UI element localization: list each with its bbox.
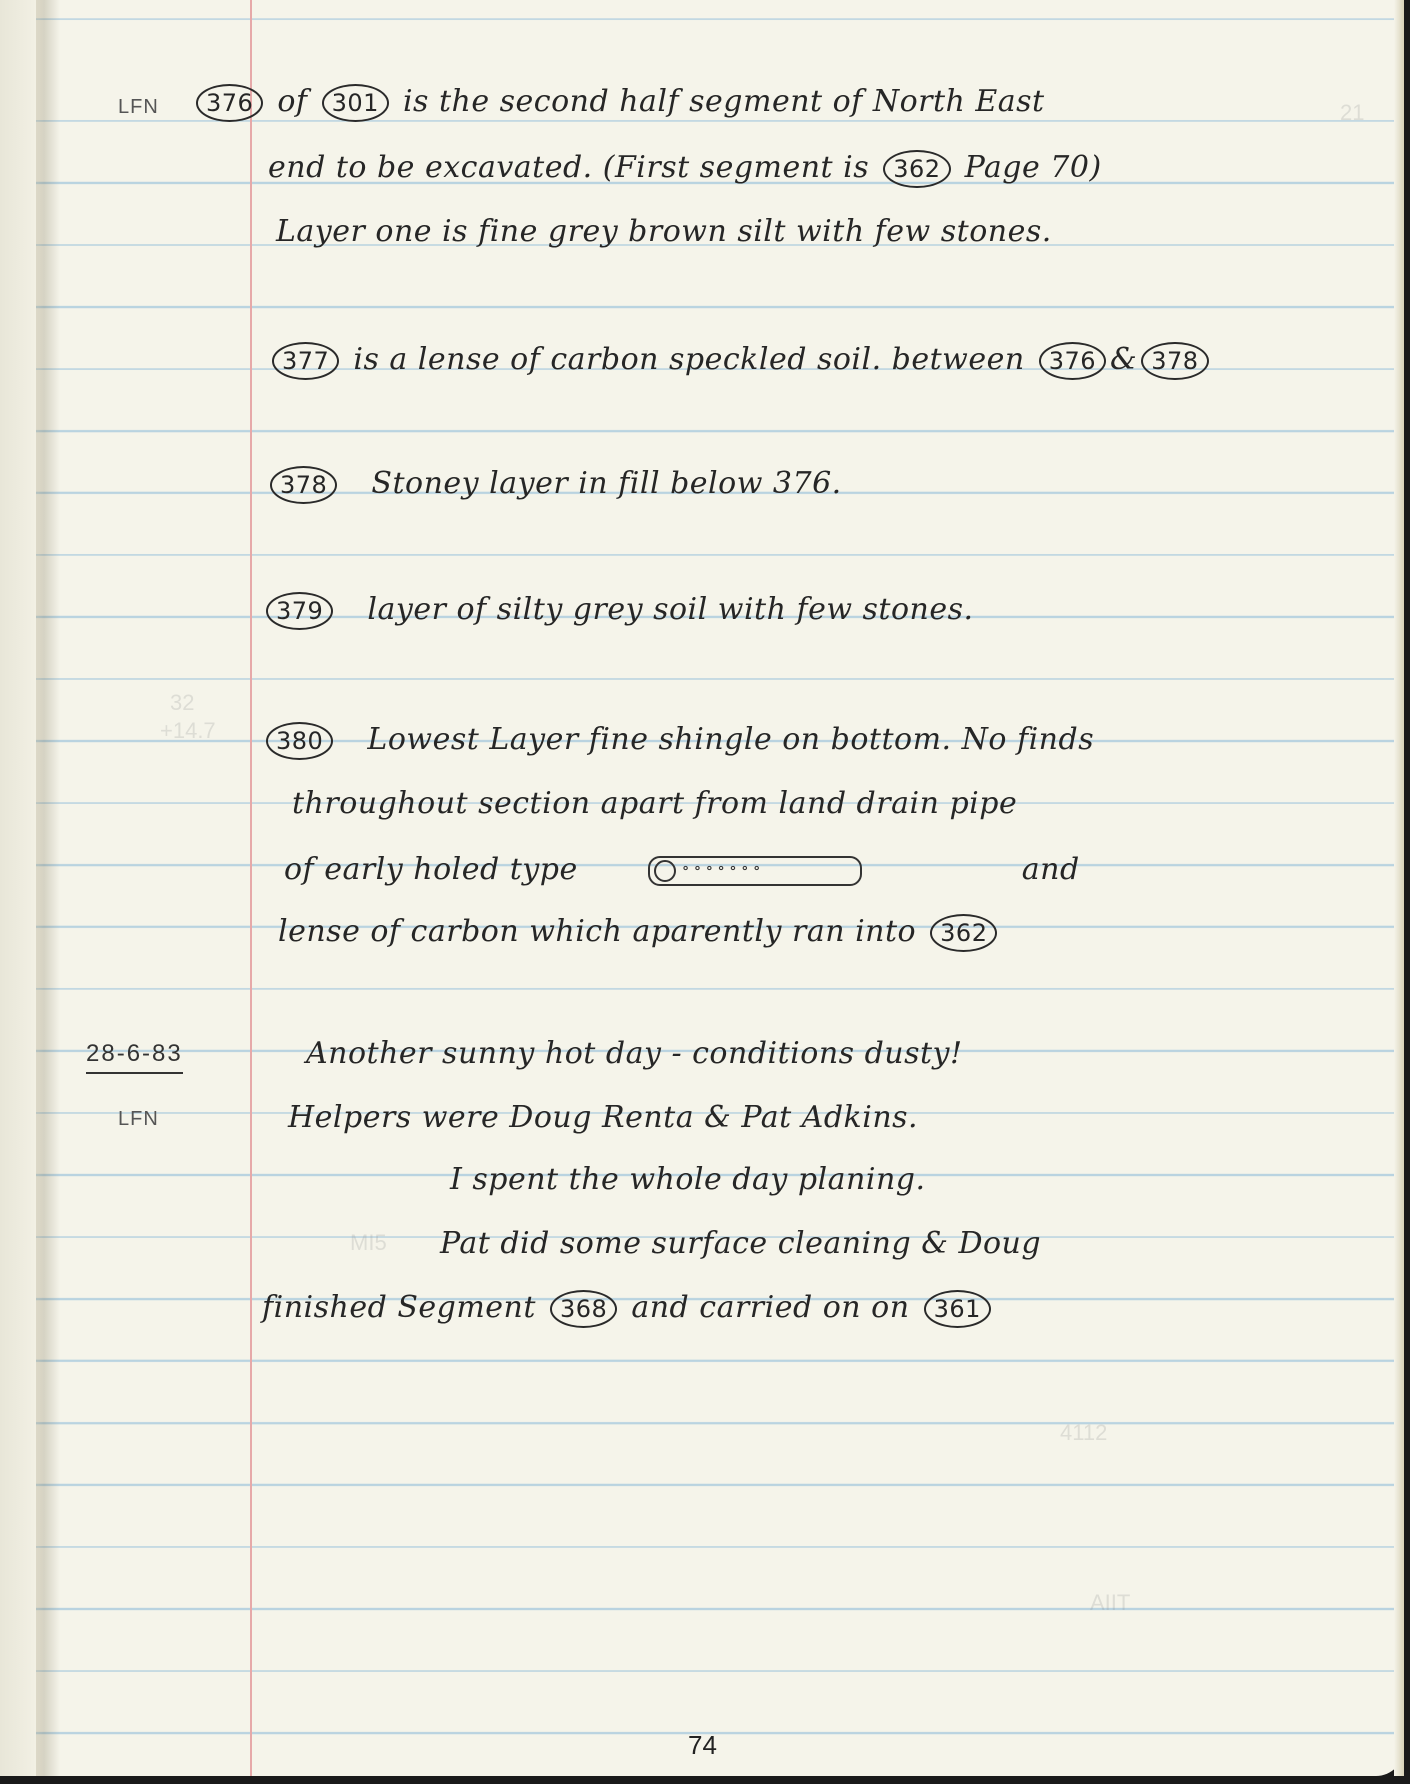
context-number-circle: 301 — [322, 84, 389, 122]
bleedthrough-mark: +14.7 — [160, 718, 216, 744]
entry-380-line-1: 380 Lowest Layer fine shingle on bottom.… — [262, 722, 1094, 760]
context-number-circle: 376 — [196, 84, 263, 122]
entry-380-line-3: of early holed type and — [284, 852, 1080, 887]
red-margin-line — [250, 0, 252, 1776]
entry-date: 28-6-83 — [86, 1040, 183, 1074]
drain-pipe-sketch — [648, 856, 862, 886]
diary-line-4: Pat did some surface cleaning & Doug — [440, 1226, 1041, 1261]
context-number-circle: 362 — [930, 914, 997, 952]
entry-378: 378 Stoney layer in fill below 376. — [266, 466, 842, 504]
diary-line-3: I spent the whole day planing. — [450, 1162, 926, 1197]
bleedthrough-mark: 32 — [170, 690, 194, 716]
diary-line-2: Helpers were Doug Renta & Pat Adkins. — [288, 1100, 918, 1135]
context-number-circle: 361 — [924, 1290, 991, 1328]
bleedthrough-mark: 21 — [1340, 100, 1364, 126]
notebook-page: 21 32 +14.7 MI5 4112 AIIT LFN 376 of 301… — [0, 0, 1404, 1776]
page-edge — [1394, 0, 1404, 1776]
entry-379: 379 layer of silty grey soil with few st… — [262, 592, 974, 630]
diary-line-5: finished Segment 368 and carried on on 3… — [262, 1290, 995, 1328]
bleedthrough-mark: AIIT — [1090, 1590, 1130, 1616]
page-number: 74 — [688, 1730, 717, 1761]
context-number-circle: 379 — [266, 592, 333, 630]
entry-380-line-4: lense of carbon which aparently ran into… — [278, 914, 1001, 952]
entry-376-line-3: Layer one is fine grey brown silt with f… — [276, 214, 1052, 249]
binding-shadow — [0, 0, 36, 1776]
bleedthrough-mark: 4112 — [1060, 1420, 1107, 1446]
context-number-circle: 376 — [1039, 342, 1106, 380]
context-number-circle: 368 — [550, 1290, 617, 1328]
margin-initials: LFN — [118, 96, 159, 119]
context-number-circle: 362 — [883, 150, 950, 188]
diary-line-1: Another sunny hot day - conditions dusty… — [306, 1036, 963, 1071]
entry-380-line-2: throughout section apart from land drain… — [292, 786, 1017, 821]
margin-initials: LFN — [118, 1108, 159, 1131]
context-number-circle: 378 — [1141, 342, 1208, 380]
entry-376-line-2: end to be excavated. (First segment is 3… — [268, 150, 1102, 188]
context-number-circle: 377 — [272, 342, 339, 380]
entry-376-line-1: 376 of 301 is the second half segment of… — [192, 84, 1045, 122]
entry-377: 377 is a lense of carbon speckled soil. … — [268, 342, 1213, 380]
context-number-circle: 380 — [266, 722, 333, 760]
context-number-circle: 378 — [270, 466, 337, 504]
bleedthrough-mark: MI5 — [350, 1230, 387, 1256]
